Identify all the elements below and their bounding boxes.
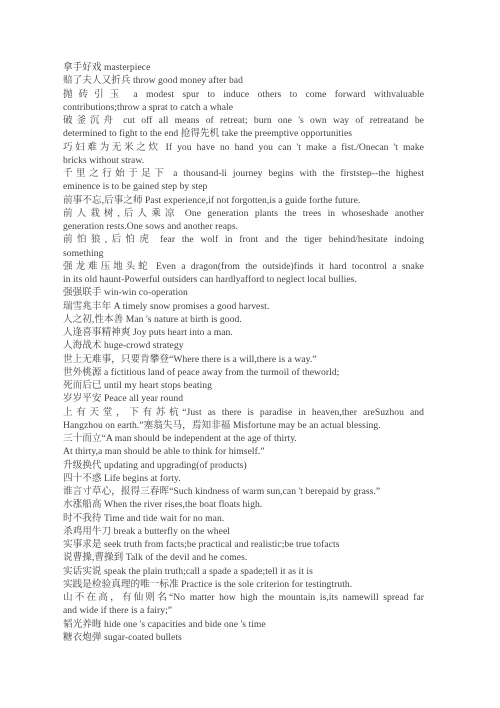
text-line: 升级换代 updating and upgrading(of products) <box>63 459 424 472</box>
text-line: in its old haunt-Powerful outsiders can … <box>63 273 424 286</box>
text-line: determined to fight to the end 抢得先机 take… <box>63 127 424 140</box>
text-line: 杀鸡用牛刀 break a butterfly on the wheel <box>63 525 424 538</box>
text-line: 强龙难压地头蛇 Even a dragon(from the outside)f… <box>63 260 424 273</box>
text-line: and wide if there is a fairy;” <box>63 604 424 617</box>
text-line: 三十而立“A man should be independent at the … <box>63 432 424 445</box>
text-line: something <box>63 247 424 260</box>
text-line: contributions;throw a sprat to catch a w… <box>63 101 424 114</box>
text-line: 强强联手 win-win co-operation <box>63 286 424 299</box>
text-line: 岁岁平安 Peace all year round <box>63 392 424 405</box>
text-line: 前人栽树,后人乘凉 One generation plants the tree… <box>63 207 424 220</box>
text-line: 实话实说 speak the plain truth;call a spade … <box>63 565 424 578</box>
text-line: 人海战术 huge-crowd strategy <box>63 339 424 352</box>
text-line: At thirty,a man should be able to think … <box>63 445 424 458</box>
text-line: 人逢喜事精神爽 Joy puts heart into a man. <box>63 326 424 339</box>
text-line: eminence is to be gained step by step <box>63 180 424 193</box>
text-line: 水涨船高 When the river rises,the boat float… <box>63 498 424 511</box>
text-line: 糖衣炮弹 sugar-coated bullets <box>63 631 424 644</box>
text-line: generation rests.One sows and another re… <box>63 220 424 233</box>
text-line: 赔了夫人又折兵 throw good money after bad <box>63 74 424 87</box>
text-line: Hangzhou on earth.”塞翁失马，焉知非福 Misfortune … <box>63 419 424 432</box>
text-line: 世上无难事，只要肯攀登“Where there is a will,there … <box>63 353 424 366</box>
text-line: bricks without straw. <box>63 154 424 167</box>
text-line: 死而后已 until my heart stops beating <box>63 379 424 392</box>
text-line: 抛砖引玉 a modest spur to induce others to c… <box>63 88 424 101</box>
text-line: 前事不忘,后事之师 Past experience,if not forgott… <box>63 194 424 207</box>
text-line: 拿手好戏 masterpiece <box>63 61 424 74</box>
text-line: 巧妇难为无米之炊 If you have no hand you can 't … <box>63 141 424 154</box>
text-line: 山不在高，有仙则名“No matter how high the mountai… <box>63 591 424 604</box>
text-line: 千里之行始于足下 a thousand-li journey begins wi… <box>63 167 424 180</box>
text-line: 韬光养晦 hide one 's capacities and bide one… <box>63 618 424 631</box>
text-line: 前怕狼,后怕虎 fear the wolf in front and the t… <box>63 233 424 246</box>
document-page: 拿手好戏 masterpiece赔了夫人又折兵 throw good money… <box>0 0 500 708</box>
text-line: 实践是检验真理的唯一标准 Practice is the sole criter… <box>63 578 424 591</box>
document-text-block: 拿手好戏 masterpiece赔了夫人又折兵 throw good money… <box>63 61 424 644</box>
text-line: 世外桃源 a fictitious land of peace away fro… <box>63 366 424 379</box>
text-line: 时不我待 Time and tide wait for no man. <box>63 512 424 525</box>
text-line: 实事求是 seek truth from facts;be practical … <box>63 538 424 551</box>
text-line: 说曹操,曹操到 Talk of the devil and he comes. <box>63 551 424 564</box>
text-line: 瑞雪兆丰年 A timely snow promises a good harv… <box>63 300 424 313</box>
text-line: 四十不惑 Life begins at forty. <box>63 472 424 485</box>
text-line: 人之初,性本善 Man 's nature at birth is good. <box>63 313 424 326</box>
text-line: 谁言寸草心，报得三春晖“Such kindness of warm sun,ca… <box>63 485 424 498</box>
text-line: 上有天堂，下有苏杭“Just as there is paradise in h… <box>63 406 424 419</box>
text-line: 破釜沉舟 cut off all means of retreat; burn … <box>63 114 424 127</box>
